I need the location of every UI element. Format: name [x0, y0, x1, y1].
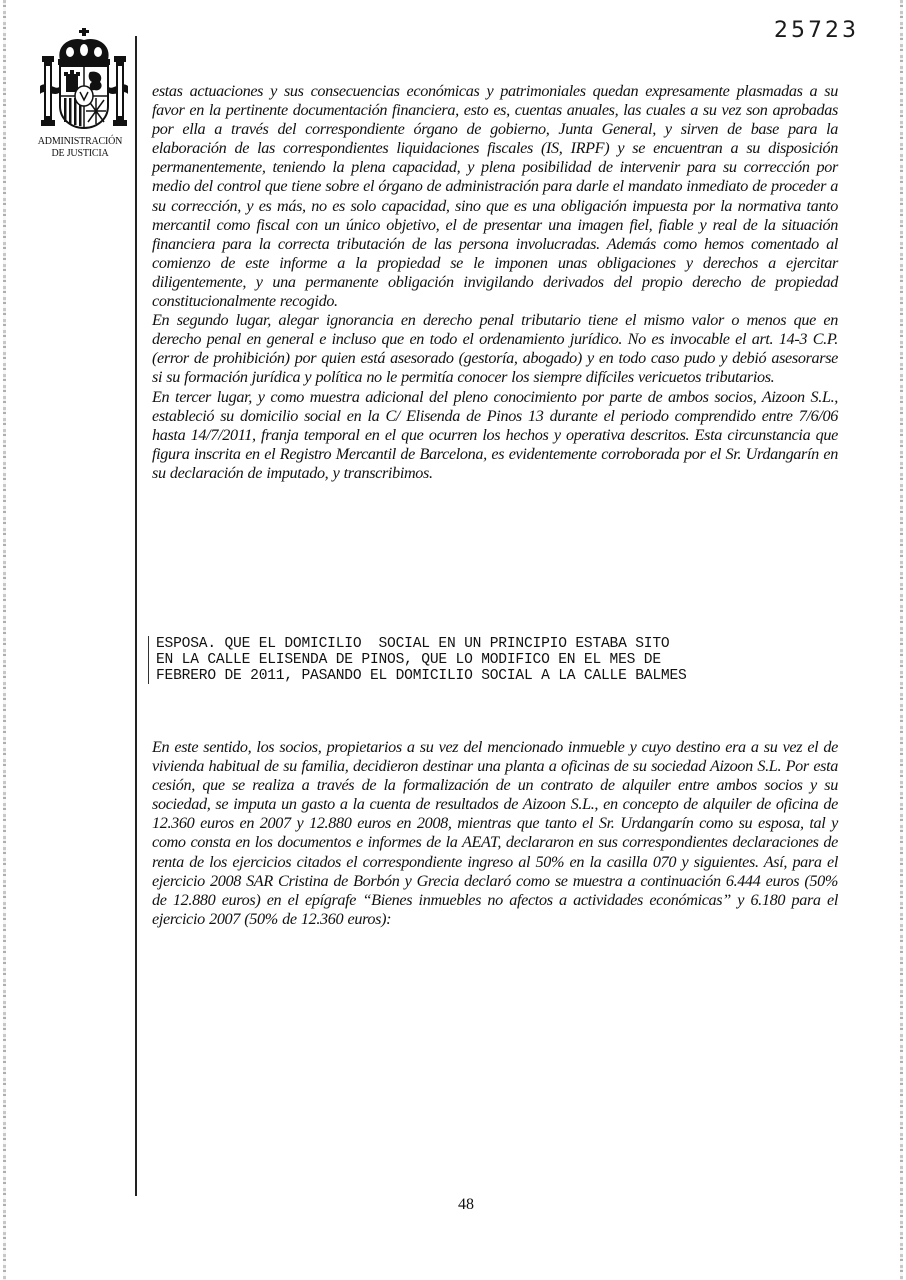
- transcript-quote: ESPOSA. QUE EL DOMICILIO SOCIAL EN UN PR…: [148, 636, 796, 684]
- quote-line: FEBRERO DE 2011, PASANDO EL DOMICILIO SO…: [156, 668, 796, 684]
- document-stamp-number: 25723: [774, 18, 859, 43]
- paragraph: En este sentido, los socios, propietario…: [152, 738, 838, 929]
- paragraph: En tercer lugar, y como muestra adiciona…: [152, 388, 838, 483]
- institution-name: ADMINISTRACIÓN DE JUSTICIA: [26, 136, 134, 160]
- body-text-bottom: En este sentido, los socios, propietario…: [152, 738, 838, 929]
- margin-divider: [135, 36, 137, 1196]
- page-number: 48: [0, 1196, 906, 1214]
- quote-line: EN LA CALLE ELISENDA DE PINOS, QUE LO MO…: [156, 652, 796, 668]
- coat-of-arms-icon: [38, 26, 130, 136]
- institution-line-1: ADMINISTRACIÓN: [26, 136, 134, 148]
- body-text-top: estas actuaciones y sus consecuencias ec…: [152, 82, 838, 483]
- scan-edge-right: [900, 0, 903, 1280]
- institution-line-2: DE JUSTICIA: [26, 148, 134, 160]
- paragraph: estas actuaciones y sus consecuencias ec…: [152, 82, 838, 311]
- quote-line: ESPOSA. QUE EL DOMICILIO SOCIAL EN UN PR…: [156, 636, 796, 652]
- paragraph: En segundo lugar, alegar ignorancia en d…: [152, 311, 838, 387]
- scan-edge-left: [3, 0, 6, 1280]
